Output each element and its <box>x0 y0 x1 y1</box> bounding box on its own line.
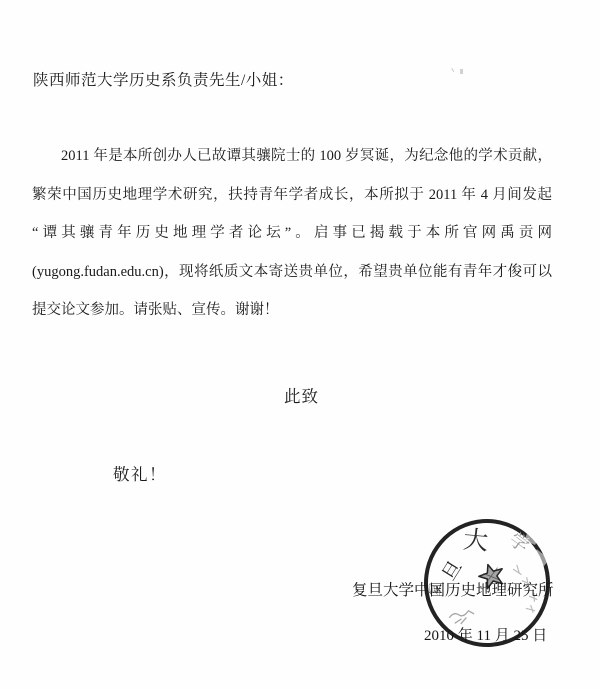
signature-org: 复旦大学中国历史地理研究所 <box>352 578 554 600</box>
letter-body: 2011 年是本所创办人已故谭其骧院士的 100 岁冥诞，为纪念他的学术贡献， … <box>32 137 552 330</box>
body-line-1: 2011 年是本所创办人已故谭其骧院士的 100 岁冥诞，为纪念他的学术贡献， <box>32 137 552 176</box>
closing-respect: 敬礼！ <box>113 461 167 485</box>
body-line-4: (yugong.fudan.edu.cn)，现将纸质文本寄送贵单位，希望贵单位能… <box>32 253 552 292</box>
signature-date: 2010 年 11 月 25 日 <box>424 624 547 645</box>
body-line-5: 提交论文参加。请张贴、宣传。谢谢！ <box>32 291 552 330</box>
scanned-letter-page: 陕西师范大学历史系负责先生/小姐： 2011 年是本所创办人已故谭其骧院士的 1… <box>0 0 600 690</box>
body-line-3: “谭其骧青年历史地理学者论坛”。启事已揭载于本所官网禹贡网 <box>32 214 552 253</box>
closing-salute: 此致 <box>284 383 319 407</box>
scan-artifact <box>452 66 466 76</box>
seal-char-da: 大 <box>462 528 489 555</box>
body-line-2: 繁荣中国历史地理学术研究，扶持青年学者成长，本所拟于 2011 年 4 月间发起 <box>32 176 552 215</box>
salutation-line: 陕西师范大学历史系负责先生/小姐： <box>33 68 294 90</box>
